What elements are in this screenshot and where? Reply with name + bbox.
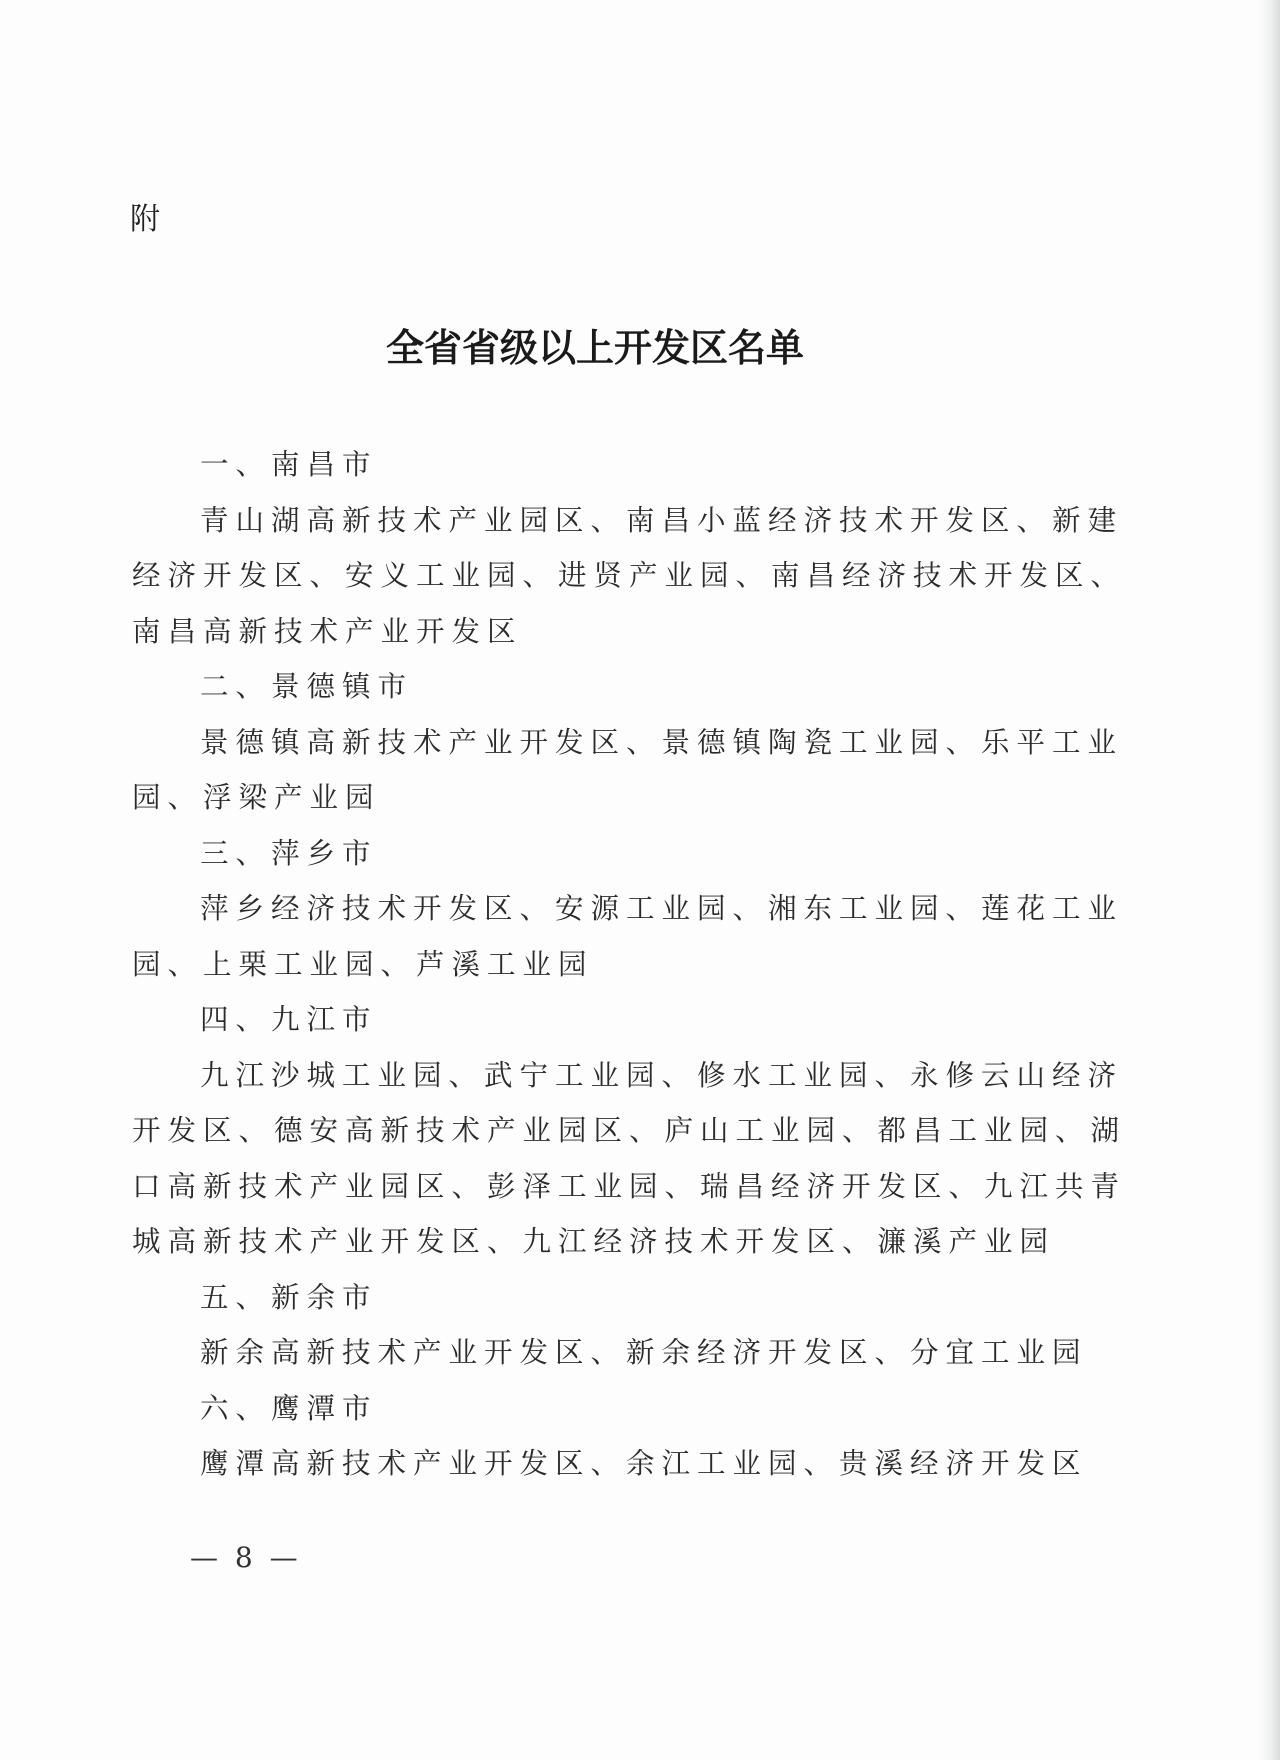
scan-edge-shadow (1258, 0, 1280, 1760)
paragraph-line: 新余高新技术产业开发区、新余经济开发区、分宜工业园 (132, 1325, 1072, 1381)
paragraph-line: 口高新技术产业园区、彭泽工业园、瑞昌经济开发区、九江共青 (132, 1159, 1072, 1215)
section-heading-jingdezhen: 二、景德镇市 (132, 659, 1072, 715)
paragraph-line: 青山湖高新技术产业园区、南昌小蓝经济技术开发区、新建 (132, 493, 1072, 549)
section-heading-yingtan: 六、鹰潭市 (132, 1381, 1072, 1437)
section-heading-jiujiang: 四、九江市 (132, 992, 1072, 1048)
paragraph-line: 萍乡经济技术开发区、安源工业园、湘东工业园、莲花工业 (132, 881, 1072, 937)
paragraph-line: 南昌高新技术产业开发区 (132, 604, 1072, 660)
section-heading-xinyu: 五、新余市 (132, 1270, 1072, 1326)
paragraph-line: 园、浮梁产业园 (132, 770, 1072, 826)
paragraph-line: 城高新技术产业开发区、九江经济技术开发区、濂溪产业园 (132, 1214, 1072, 1270)
annex-label: 附 (130, 200, 160, 240)
paragraph-line: 景德镇高新技术产业开发区、景德镇陶瓷工业园、乐平工业 (132, 715, 1072, 771)
paragraph-line: 经济开发区、安义工业园、进贤产业园、南昌经济技术开发区、 (132, 548, 1072, 604)
paragraph-line: 园、上栗工业园、芦溪工业园 (132, 937, 1072, 993)
paragraph-line: 鹰潭高新技术产业开发区、余江工业园、贵溪经济开发区 (132, 1436, 1072, 1492)
page-number: — 8 — (190, 1540, 302, 1576)
paragraph-line: 开发区、德安高新技术产业园区、庐山工业园、都昌工业园、湖 (132, 1103, 1072, 1159)
section-heading-pingxiang: 三、萍乡市 (132, 826, 1072, 882)
document-body: 一、南昌市 青山湖高新技术产业园区、南昌小蓝经济技术开发区、新建 经济开发区、安… (132, 437, 1072, 1492)
document-title: 全省省级以上开发区名单 (0, 322, 1190, 374)
section-heading-nanchang: 一、南昌市 (132, 437, 1072, 493)
paragraph-line: 九江沙城工业园、武宁工业园、修水工业园、永修云山经济 (132, 1048, 1072, 1104)
